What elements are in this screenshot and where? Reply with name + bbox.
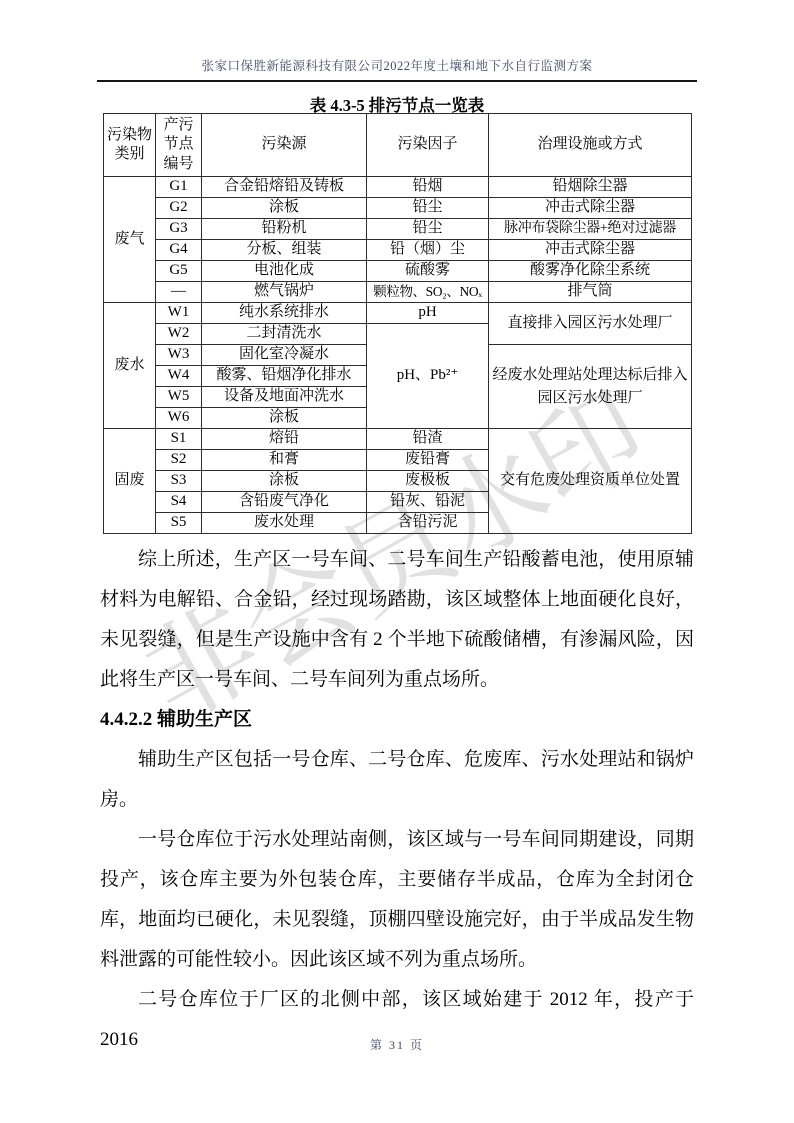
document-page: 非会员水印 张家口保胜新能源科技有限公司2022年度土壤和地下水自行监测方案 表… <box>0 0 794 1123</box>
page-header-title: 张家口保胜新能源科技有限公司2022年度土壤和地下水自行监测方案 <box>0 56 794 74</box>
table-cell: 废极板 <box>367 471 489 492</box>
table-cell: W6 <box>156 408 202 429</box>
table-cell: 燃气锅炉 <box>202 282 367 303</box>
table-header-cell: 污染因子 <box>367 114 489 177</box>
table-cell: 脉冲布袋除尘器+绝对过滤器 <box>489 219 692 240</box>
table-cell: 熔铅 <box>202 429 367 450</box>
table-cell: 铅粉机 <box>202 219 367 240</box>
table-cell: 废铅膏 <box>367 450 489 471</box>
paragraph-auxiliary-area: 辅助生产区包括一号仓库、二号仓库、危废库、污水处理站和锅炉房。 <box>100 740 694 820</box>
table-row: G5 电池化成 硫酸雾 酸雾净化除尘系统 <box>104 261 692 282</box>
page-number: 第 31 页 <box>0 1036 794 1053</box>
body-text-block: 综上所述，生产区一号车间、二号车间生产铅酸蓄电池，使用原辅材料为电解铅、合金铅，… <box>100 540 694 1060</box>
table-cell: 铅尘 <box>367 219 489 240</box>
table-cell: 含铅污泥 <box>367 513 489 534</box>
table-header-cell: 污染物类别 <box>104 114 156 177</box>
table-cell: 铅（烟）尘 <box>367 240 489 261</box>
paragraph-summary: 综上所述，生产区一号车间、二号车间生产铅酸蓄电池，使用原辅材料为电解铅、合金铅，… <box>100 540 694 700</box>
pollution-nodes-table: 污染物类别 产污节点编号 污染源 污染因子 治理设施或方式 废气 G1 合金铅熔… <box>103 113 692 534</box>
table-group-cell-solid: 固废 <box>104 429 156 534</box>
table-header-cell: 污染源 <box>202 114 367 177</box>
table-cell: W3 <box>156 345 202 366</box>
table-cell: 铅尘 <box>367 198 489 219</box>
table-cell: G4 <box>156 240 202 261</box>
table-cell: W5 <box>156 387 202 408</box>
table-row: G2 涂板 铅尘 冲击式除尘器 <box>104 198 692 219</box>
table-cell: 涂板 <box>202 198 367 219</box>
table-cell: G2 <box>156 198 202 219</box>
table-cell: 交有危废处理资质单位处置 <box>489 429 692 534</box>
table-row: 废水 W1 纯水系统排水 pH 直接排入园区污水处理厂 <box>104 303 692 324</box>
table-cell: 冲击式除尘器 <box>489 240 692 261</box>
table-cell: 废水处理 <box>202 513 367 534</box>
table-header-cell: 治理设施或方式 <box>489 114 692 177</box>
header-divider <box>97 80 697 82</box>
table-cell: 涂板 <box>202 471 367 492</box>
table-cell: 和膏 <box>202 450 367 471</box>
table-cell: 含铅废气净化 <box>202 492 367 513</box>
table-cell: 电池化成 <box>202 261 367 282</box>
table-cell: 酸雾净化除尘系统 <box>489 261 692 282</box>
table-cell: 铅灰、铅泥 <box>367 492 489 513</box>
table-cell: S2 <box>156 450 202 471</box>
table-row: 废气 G1 合金铅熔铅及铸板 铅烟 铅烟除尘器 <box>104 177 692 198</box>
table-cell: W4 <box>156 366 202 387</box>
section-heading-4-4-2-2: 4.4.2.2 辅助生产区 <box>100 700 694 740</box>
table-cell: 铅烟除尘器 <box>489 177 692 198</box>
table-cell: S1 <box>156 429 202 450</box>
table-cell: W1 <box>156 303 202 324</box>
table-cell: — <box>156 282 202 303</box>
table-cell: 冲击式除尘器 <box>489 198 692 219</box>
table-cell: 排气筒 <box>489 282 692 303</box>
table-cell: 合金铅熔铅及铸板 <box>202 177 367 198</box>
table-cell: 铅渣 <box>367 429 489 450</box>
table-row: 固废 S1 熔铅 铅渣 交有危废处理资质单位处置 <box>104 429 692 450</box>
table-cell: 经废水处理站处理达标后排入园区污水处理厂 <box>489 345 692 429</box>
table-cell: 铅烟 <box>367 177 489 198</box>
table-row: G4 分板、组装 铅（烟）尘 冲击式除尘器 <box>104 240 692 261</box>
table-cell: 分板、组装 <box>202 240 367 261</box>
table-cell: S4 <box>156 492 202 513</box>
table-cell: 酸雾、铅烟净化排水 <box>202 366 367 387</box>
table-cell: 纯水系统排水 <box>202 303 367 324</box>
table-group-cell-water: 废水 <box>104 303 156 429</box>
table-cell: W2 <box>156 324 202 345</box>
table-cell: G1 <box>156 177 202 198</box>
table-cell: 直接排入园区污水处理厂 <box>489 303 692 345</box>
table-cell: G3 <box>156 219 202 240</box>
table-header-cell: 产污节点编号 <box>156 114 202 177</box>
table-cell: 固化室冷凝水 <box>202 345 367 366</box>
table-header-row: 污染物类别 产污节点编号 污染源 污染因子 治理设施或方式 <box>104 114 692 177</box>
table-cell: S3 <box>156 471 202 492</box>
table-cell: pH、Pb²⁺ <box>367 324 489 429</box>
table-row: — 燃气锅炉 颗粒物、SO₂、NOₓ 排气筒 <box>104 282 692 303</box>
table-cell: G5 <box>156 261 202 282</box>
table-row: G3 铅粉机 铅尘 脉冲布袋除尘器+绝对过滤器 <box>104 219 692 240</box>
table-cell: 二封清洗水 <box>202 324 367 345</box>
table-cell: pH <box>367 303 489 324</box>
table-cell: 颗粒物、SO₂、NOₓ <box>367 282 489 303</box>
table-cell: 设备及地面冲洗水 <box>202 387 367 408</box>
table-cell: S5 <box>156 513 202 534</box>
table-group-cell-gas: 废气 <box>104 177 156 303</box>
table-cell: 硫酸雾 <box>367 261 489 282</box>
table-cell: 涂板 <box>202 408 367 429</box>
paragraph-warehouse-1: 一号仓库位于污水处理站南侧，该区域与一号车间同期建设，同期投产，该仓库主要为外包… <box>100 820 694 980</box>
